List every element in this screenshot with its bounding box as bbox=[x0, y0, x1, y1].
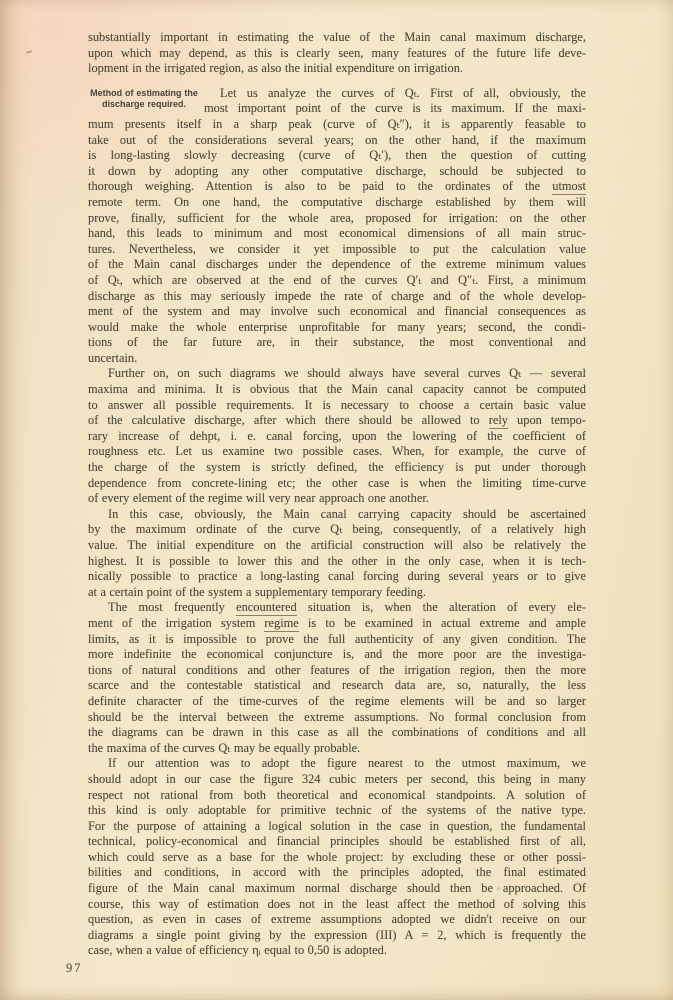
text-line: nically possible to practice a long-last… bbox=[88, 569, 586, 585]
text-line: diagrams a single point giving by the ex… bbox=[88, 928, 586, 944]
text-line: In this case, obviously, the Main canal … bbox=[88, 507, 586, 523]
text-line: upon which may depend, as this is clearl… bbox=[88, 46, 586, 62]
text-line: at a certain point of the system a suppl… bbox=[88, 585, 586, 601]
text-line: course, this way of estimation does not … bbox=[88, 897, 586, 913]
text-line: tures. Nevertheless, we consider it yet … bbox=[88, 242, 586, 258]
paragraph-6: If our attention was to adopt the figure… bbox=[88, 756, 586, 959]
text-line: would make the whole enterprise unprofit… bbox=[88, 320, 586, 336]
text-line: The most frequently encountered situatio… bbox=[88, 600, 586, 616]
book-page: substantially important in estimating th… bbox=[0, 0, 673, 1000]
margin-note: Method of estimating the discharge requi… bbox=[88, 88, 200, 111]
text-line: the diagrams can be drawn in this case a… bbox=[88, 725, 586, 741]
text-line: case, when a value of efficiency ηᵢ equa… bbox=[88, 943, 586, 959]
text-line: this kind is only adoptable for primitiv… bbox=[88, 803, 586, 819]
text-line: limits, as it is impossible to prove the… bbox=[88, 632, 586, 648]
text-line: should be the interval between the extre… bbox=[88, 710, 586, 726]
text-line: which could serve as a base for the whol… bbox=[88, 850, 586, 866]
text-line: figure of the Main canal maximum normal … bbox=[88, 881, 586, 897]
paper-speck bbox=[497, 887, 500, 890]
text-line: ment of the irrigation system regime is … bbox=[88, 616, 586, 632]
paper-speck bbox=[26, 50, 32, 53]
text-line: Let us analyze the curves of Qₜ. First o… bbox=[204, 86, 586, 102]
text-line: it down by adopting any other computativ… bbox=[88, 164, 586, 180]
text-line: of the calculative discharge, after whic… bbox=[88, 413, 586, 429]
paragraph-1: substantially important in estimating th… bbox=[88, 30, 586, 77]
text-line: hand, this leads to minimum and most eco… bbox=[88, 226, 586, 242]
text-line: Further on, on such diagrams we should a… bbox=[88, 366, 586, 382]
text-line: tions of the far future are, in their su… bbox=[88, 335, 586, 351]
text-line: value. The initial expenditure on the ar… bbox=[88, 538, 586, 554]
text-line: ment of the system and may involve such … bbox=[88, 304, 586, 320]
text-line: the charge of the system is strictly def… bbox=[88, 460, 586, 476]
text-line: discharge as this may seriously impede t… bbox=[88, 289, 586, 305]
text-line: take out of the considerations several y… bbox=[88, 133, 586, 149]
text-line: For the purpose of attaining a logical s… bbox=[88, 819, 586, 835]
text-line: the maxima of the curves Qₜ may be equal… bbox=[88, 741, 586, 757]
text-line: mum presents itself in a sharp peak (cur… bbox=[88, 117, 586, 133]
text-line: most important point of the curve is its… bbox=[204, 101, 586, 117]
text-line: to answer all possible requirements. It … bbox=[88, 398, 586, 414]
text-line: tions of natural conditions and other fe… bbox=[88, 663, 586, 679]
text-line: maxima and minima. It is obvious that th… bbox=[88, 382, 586, 398]
text-line: roughness etc. Let us examine two possib… bbox=[88, 444, 586, 460]
text-line: of the Main canal discharges under the d… bbox=[88, 257, 586, 273]
text-line: by the maximum ordinate of the curve Qₜ … bbox=[88, 522, 586, 538]
margin-note-line2: discharge required. bbox=[88, 99, 200, 111]
text-line: respect not rational from both theoretic… bbox=[88, 788, 586, 804]
page-number: 97 bbox=[66, 961, 83, 976]
paragraph-5: The most frequently encountered situatio… bbox=[88, 600, 586, 756]
text-line: If our attention was to adopt the figure… bbox=[88, 756, 586, 772]
text-line: should adopt in our case the figure 324 … bbox=[88, 772, 586, 788]
page-content: substantially important in estimating th… bbox=[88, 30, 586, 959]
text-line: technical, policy-economical and financi… bbox=[88, 834, 586, 850]
text-line: uncertain. bbox=[88, 351, 586, 367]
text-line: highest. It is possible to lower this an… bbox=[88, 554, 586, 570]
text-line: scarce and the contestable statistical a… bbox=[88, 678, 586, 694]
text-line: more indefinite the economical conjunctu… bbox=[88, 647, 586, 663]
text-line: prove, finally, sufficient for the whole… bbox=[88, 211, 586, 227]
text-line: is long-lasting slowly decreasing (curve… bbox=[88, 148, 586, 164]
text-line: substantially important in estimating th… bbox=[88, 30, 586, 46]
text-line: definite character of the time-curves of… bbox=[88, 694, 586, 710]
text-line: question, as even in cases of extreme as… bbox=[88, 912, 586, 928]
text-line: dependence from concrete-lining etc; the… bbox=[88, 476, 586, 492]
text-line: rary increase of dehpt, i. e. canal forc… bbox=[88, 429, 586, 445]
text-line: remote term. On one hand, the computativ… bbox=[88, 195, 586, 211]
text-line: bilities and conditions, in accord with … bbox=[88, 865, 586, 881]
margin-note-line1: Method of estimating the bbox=[88, 88, 200, 100]
text-line: lopment in the irrigated region, as also… bbox=[88, 61, 586, 77]
paragraph-2: Method of estimating the discharge requi… bbox=[88, 86, 586, 367]
text-line: of every element of the regime will very… bbox=[88, 491, 586, 507]
text-line: of Qₜ, which are observed at the end of … bbox=[88, 273, 586, 289]
text-line: thorough weighing. Attention is also to … bbox=[88, 179, 586, 195]
paragraph-3: Further on, on such diagrams we should a… bbox=[88, 366, 586, 506]
paragraph-4: In this case, obviously, the Main canal … bbox=[88, 507, 586, 601]
